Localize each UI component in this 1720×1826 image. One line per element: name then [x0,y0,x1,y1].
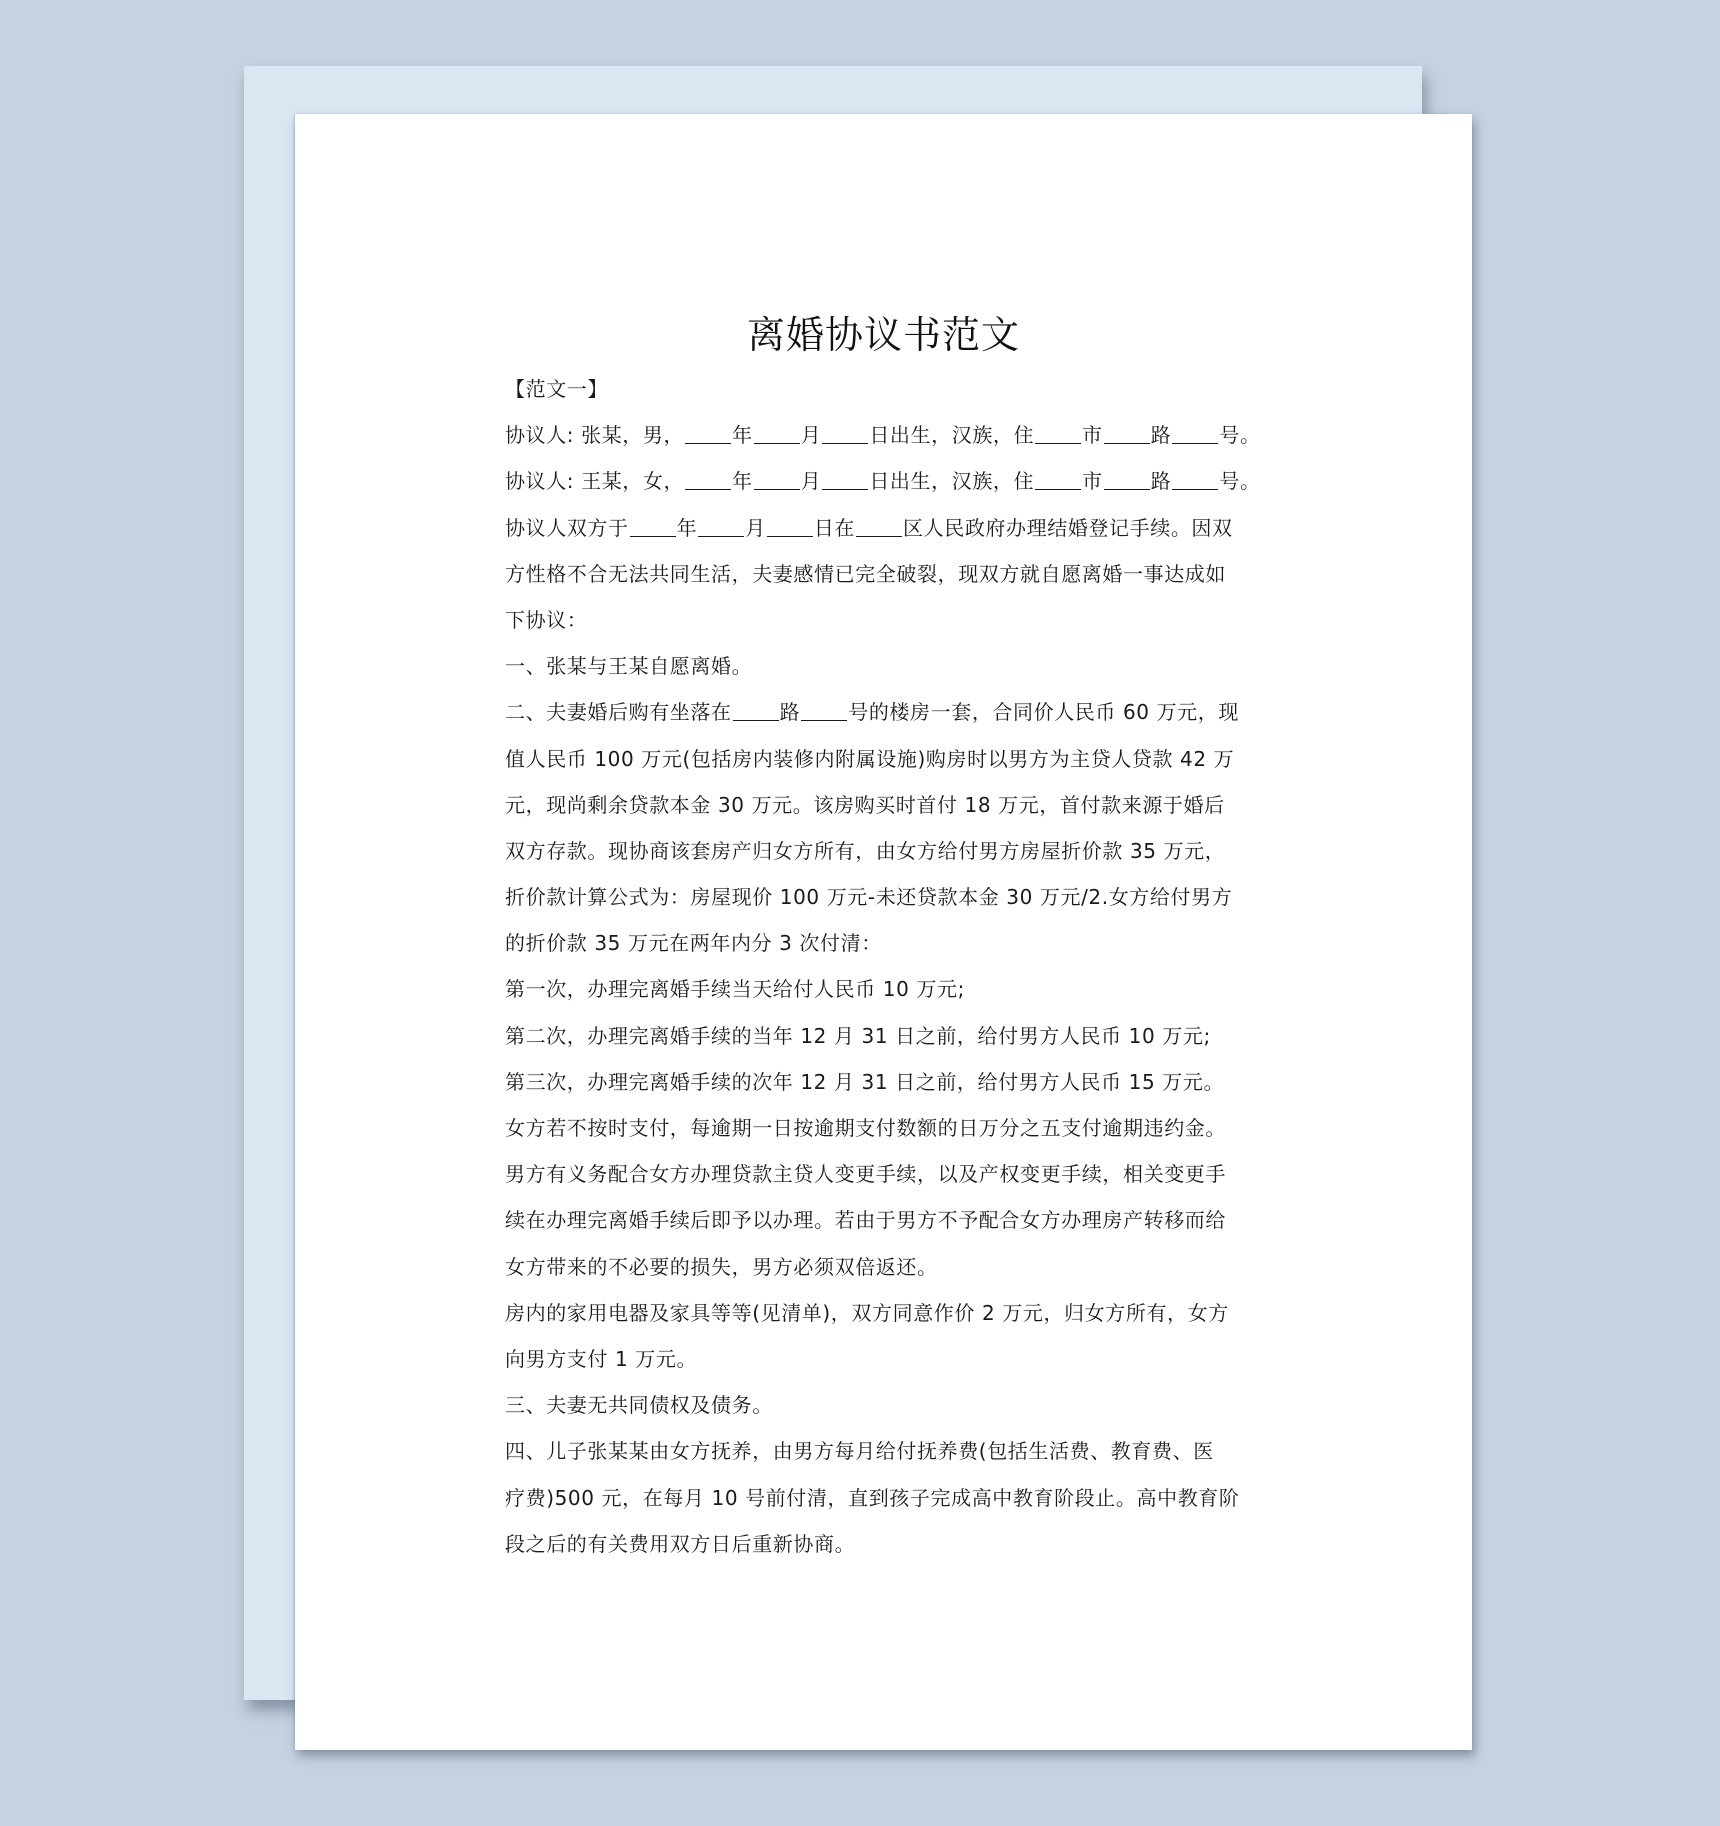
text-segment: 年 [732,469,753,493]
text-segment: 区人民政府办理结婚登记手续。因双 [903,516,1233,540]
text-line: 四、儿子张某某由女方抚养，由男方每月给付抚养费(包括生活费、教育费、医 [505,1428,1275,1474]
text-segment: 号。 [1219,469,1260,493]
text-segment: 协议人双方于 [505,516,629,540]
text-line: 协议人: 王某，女，年月日出生，汉族，住市路号。 [505,458,1275,504]
text-line: 女方带来的不必要的损失，男方必须双倍返还。 [505,1244,1275,1290]
text-line: 向男方支付 1 万元。 [505,1336,1275,1382]
text-segment: 日在 [814,516,855,540]
fill-in-blank [822,469,868,490]
text-segment: 路 [780,700,801,724]
text-segment: 折价款计算公式为：房屋现价 100 万元-未还贷款本金 30 万元/2.女方给付… [505,885,1232,909]
text-segment: 疗费)500 元，在每月 10 号前付清，直到孩子完成高中教育阶段止。高中教育阶 [505,1486,1240,1510]
text-line: 的折价款 35 万元在两年内分 3 次付清： [505,920,1275,966]
fill-in-blank [698,516,744,537]
text-line: 第二次，办理完离婚手续的当年 12 月 31 日之前，给付男方人民币 10 万元… [505,1013,1275,1059]
text-segment: 女方若不按时支付，每逾期一日按逾期支付数额的日万分之五支付逾期违约金。 [505,1116,1226,1140]
text-segment: 年 [732,423,753,447]
text-segment: 四、儿子张某某由女方抚养，由男方每月给付抚养费(包括生活费、教育费、医 [505,1439,1214,1463]
text-segment: 下协议： [505,608,587,632]
text-segment: 协议人: 张某，男， [505,423,684,447]
text-line: 二、夫妻婚后购有坐落在路号的楼房一套，合同价人民币 60 万元，现 [505,689,1275,735]
text-line: 折价款计算公式为：房屋现价 100 万元-未还贷款本金 30 万元/2.女方给付… [505,874,1275,920]
fill-in-blank [1035,423,1081,444]
fill-in-blank [767,516,813,537]
text-segment: 协议人: 王某，女， [505,469,684,493]
fill-in-blank [630,516,676,537]
text-line: 续在办理完离婚手续后即予以办理。若由于男方不予配合女方办理房产转移而给 [505,1197,1275,1243]
text-segment: 方性格不合无法共同生活，夫妻感情已完全破裂，现双方就自愿离婚一事达成如 [505,562,1226,586]
fill-in-blank [1172,423,1218,444]
text-line: 值人民币 100 万元(包括房内装修内附属设施)购房时以男方为主贷人贷款 42 … [505,736,1275,782]
fill-in-blank [754,469,800,490]
fill-in-blank [801,700,847,721]
text-segment: 一、张某与王某自愿离婚。 [505,654,752,678]
section-label: 【范文一】 [505,366,1275,412]
fill-in-blank [1172,469,1218,490]
fill-in-blank [733,700,779,721]
text-line: 双方存款。现协商该套房产归女方所有，由女方给付男方房屋折价款 35 万元， [505,828,1275,874]
text-segment: 市 [1082,423,1103,447]
fill-in-blank [1104,423,1150,444]
fill-in-blank [685,423,731,444]
text-line: 下协议： [505,597,1275,643]
document-page: 离婚协议书范文 【范文一】 协议人: 张某，男，年月日出生，汉族，住市路号。协议… [295,114,1472,1750]
text-segment: 二、夫妻婚后购有坐落在 [505,700,732,724]
text-line: 方性格不合无法共同生活，夫妻感情已完全破裂，现双方就自愿离婚一事达成如 [505,551,1275,597]
text-segment: 市 [1082,469,1103,493]
text-segment: 月 [801,423,822,447]
text-segment: 年 [677,516,698,540]
text-segment: 第二次，办理完离婚手续的当年 12 月 31 日之前，给付男方人民币 10 万元… [505,1024,1211,1048]
text-segment: 的折价款 35 万元在两年内分 3 次付清： [505,931,882,955]
text-segment: 段之后的有关费用双方日后重新协商。 [505,1532,855,1556]
text-segment: 日出生，汉族，住 [869,469,1034,493]
text-line: 第三次，办理完离婚手续的次年 12 月 31 日之前，给付男方人民币 15 万元… [505,1059,1275,1105]
text-line: 段之后的有关费用双方日后重新协商。 [505,1521,1275,1567]
fill-in-blank [1104,469,1150,490]
text-segment: 双方存款。现协商该套房产归女方所有，由女方给付男方房屋折价款 35 万元， [505,839,1225,863]
text-line: 疗费)500 元，在每月 10 号前付清，直到孩子完成高中教育阶段止。高中教育阶 [505,1475,1275,1521]
text-segment: 路 [1151,423,1172,447]
text-segment: 三、夫妻无共同债权及债务。 [505,1393,773,1417]
text-segment: 第三次，办理完离婚手续的次年 12 月 31 日之前，给付男方人民币 15 万元… [505,1070,1224,1094]
text-segment: 号的楼房一套，合同价人民币 60 万元，现 [848,700,1239,724]
text-segment: 月 [745,516,766,540]
document-body: 【范文一】 协议人: 张某，男，年月日出生，汉族，住市路号。协议人: 王某，女，… [505,366,1275,1567]
document-title: 离婚协议书范文 [295,304,1472,359]
fill-in-blank [685,469,731,490]
fill-in-blank [822,423,868,444]
text-segment: 向男方支付 1 万元。 [505,1347,697,1371]
text-segment: 第一次，办理完离婚手续当天给付人民币 10 万元; [505,977,965,1001]
fill-in-blank [856,516,902,537]
fill-in-blank [754,423,800,444]
text-segment: 日出生，汉族，住 [869,423,1034,447]
text-line: 男方有义务配合女方办理贷款主贷人变更手续，以及产权变更手续，相关变更手 [505,1151,1275,1197]
fill-in-blank [1035,469,1081,490]
text-line: 三、夫妻无共同债权及债务。 [505,1382,1275,1428]
text-line: 协议人双方于年月日在区人民政府办理结婚登记手续。因双 [505,505,1275,551]
text-line: 女方若不按时支付，每逾期一日按逾期支付数额的日万分之五支付逾期违约金。 [505,1105,1275,1151]
text-line: 元，现尚剩余贷款本金 30 万元。该房购买时首付 18 万元，首付款来源于婚后 [505,782,1275,828]
text-segment: 月 [801,469,822,493]
text-segment: 房内的家用电器及家具等等(见清单)，双方同意作价 2 万元，归女方所有，女方 [505,1301,1229,1325]
text-segment: 值人民币 100 万元(包括房内装修内附属设施)购房时以男方为主贷人贷款 42 … [505,747,1234,771]
text-segment: 路 [1151,469,1172,493]
text-segment: 号。 [1219,423,1260,447]
text-line: 一、张某与王某自愿离婚。 [505,643,1275,689]
text-segment: 元，现尚剩余贷款本金 30 万元。该房购买时首付 18 万元，首付款来源于婚后 [505,793,1225,817]
text-line: 房内的家用电器及家具等等(见清单)，双方同意作价 2 万元，归女方所有，女方 [505,1290,1275,1336]
paragraph-lines: 协议人: 张某，男，年月日出生，汉族，住市路号。协议人: 王某，女，年月日出生，… [505,412,1275,1567]
text-segment: 续在办理完离婚手续后即予以办理。若由于男方不予配合女方办理房产转移而给 [505,1208,1226,1232]
text-segment: 男方有义务配合女方办理贷款主贷人变更手续，以及产权变更手续，相关变更手 [505,1162,1226,1186]
text-line: 第一次，办理完离婚手续当天给付人民币 10 万元; [505,966,1275,1012]
text-segment: 女方带来的不必要的损失，男方必须双倍返还。 [505,1255,938,1279]
text-line: 协议人: 张某，男，年月日出生，汉族，住市路号。 [505,412,1275,458]
